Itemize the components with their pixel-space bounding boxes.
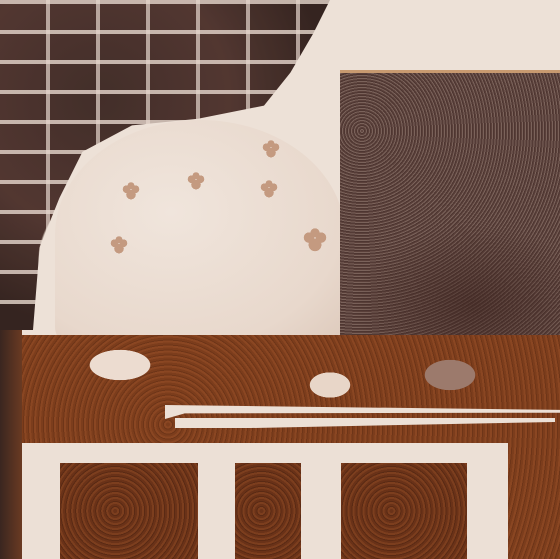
- rust-panel: [60, 463, 198, 559]
- white-grid-frame: [22, 443, 508, 559]
- paw-print: [108, 236, 130, 254]
- paw-print: [185, 172, 207, 190]
- paw-print: [260, 140, 282, 158]
- dark-left-edge: [0, 330, 22, 559]
- paw-print: [120, 182, 142, 200]
- rust-panel: [235, 463, 301, 559]
- paw-print: [258, 180, 280, 198]
- dark-textured-square: [340, 70, 560, 363]
- artwork-canvas: [0, 0, 560, 559]
- rust-panel: [341, 463, 467, 559]
- paw-print: [300, 228, 330, 252]
